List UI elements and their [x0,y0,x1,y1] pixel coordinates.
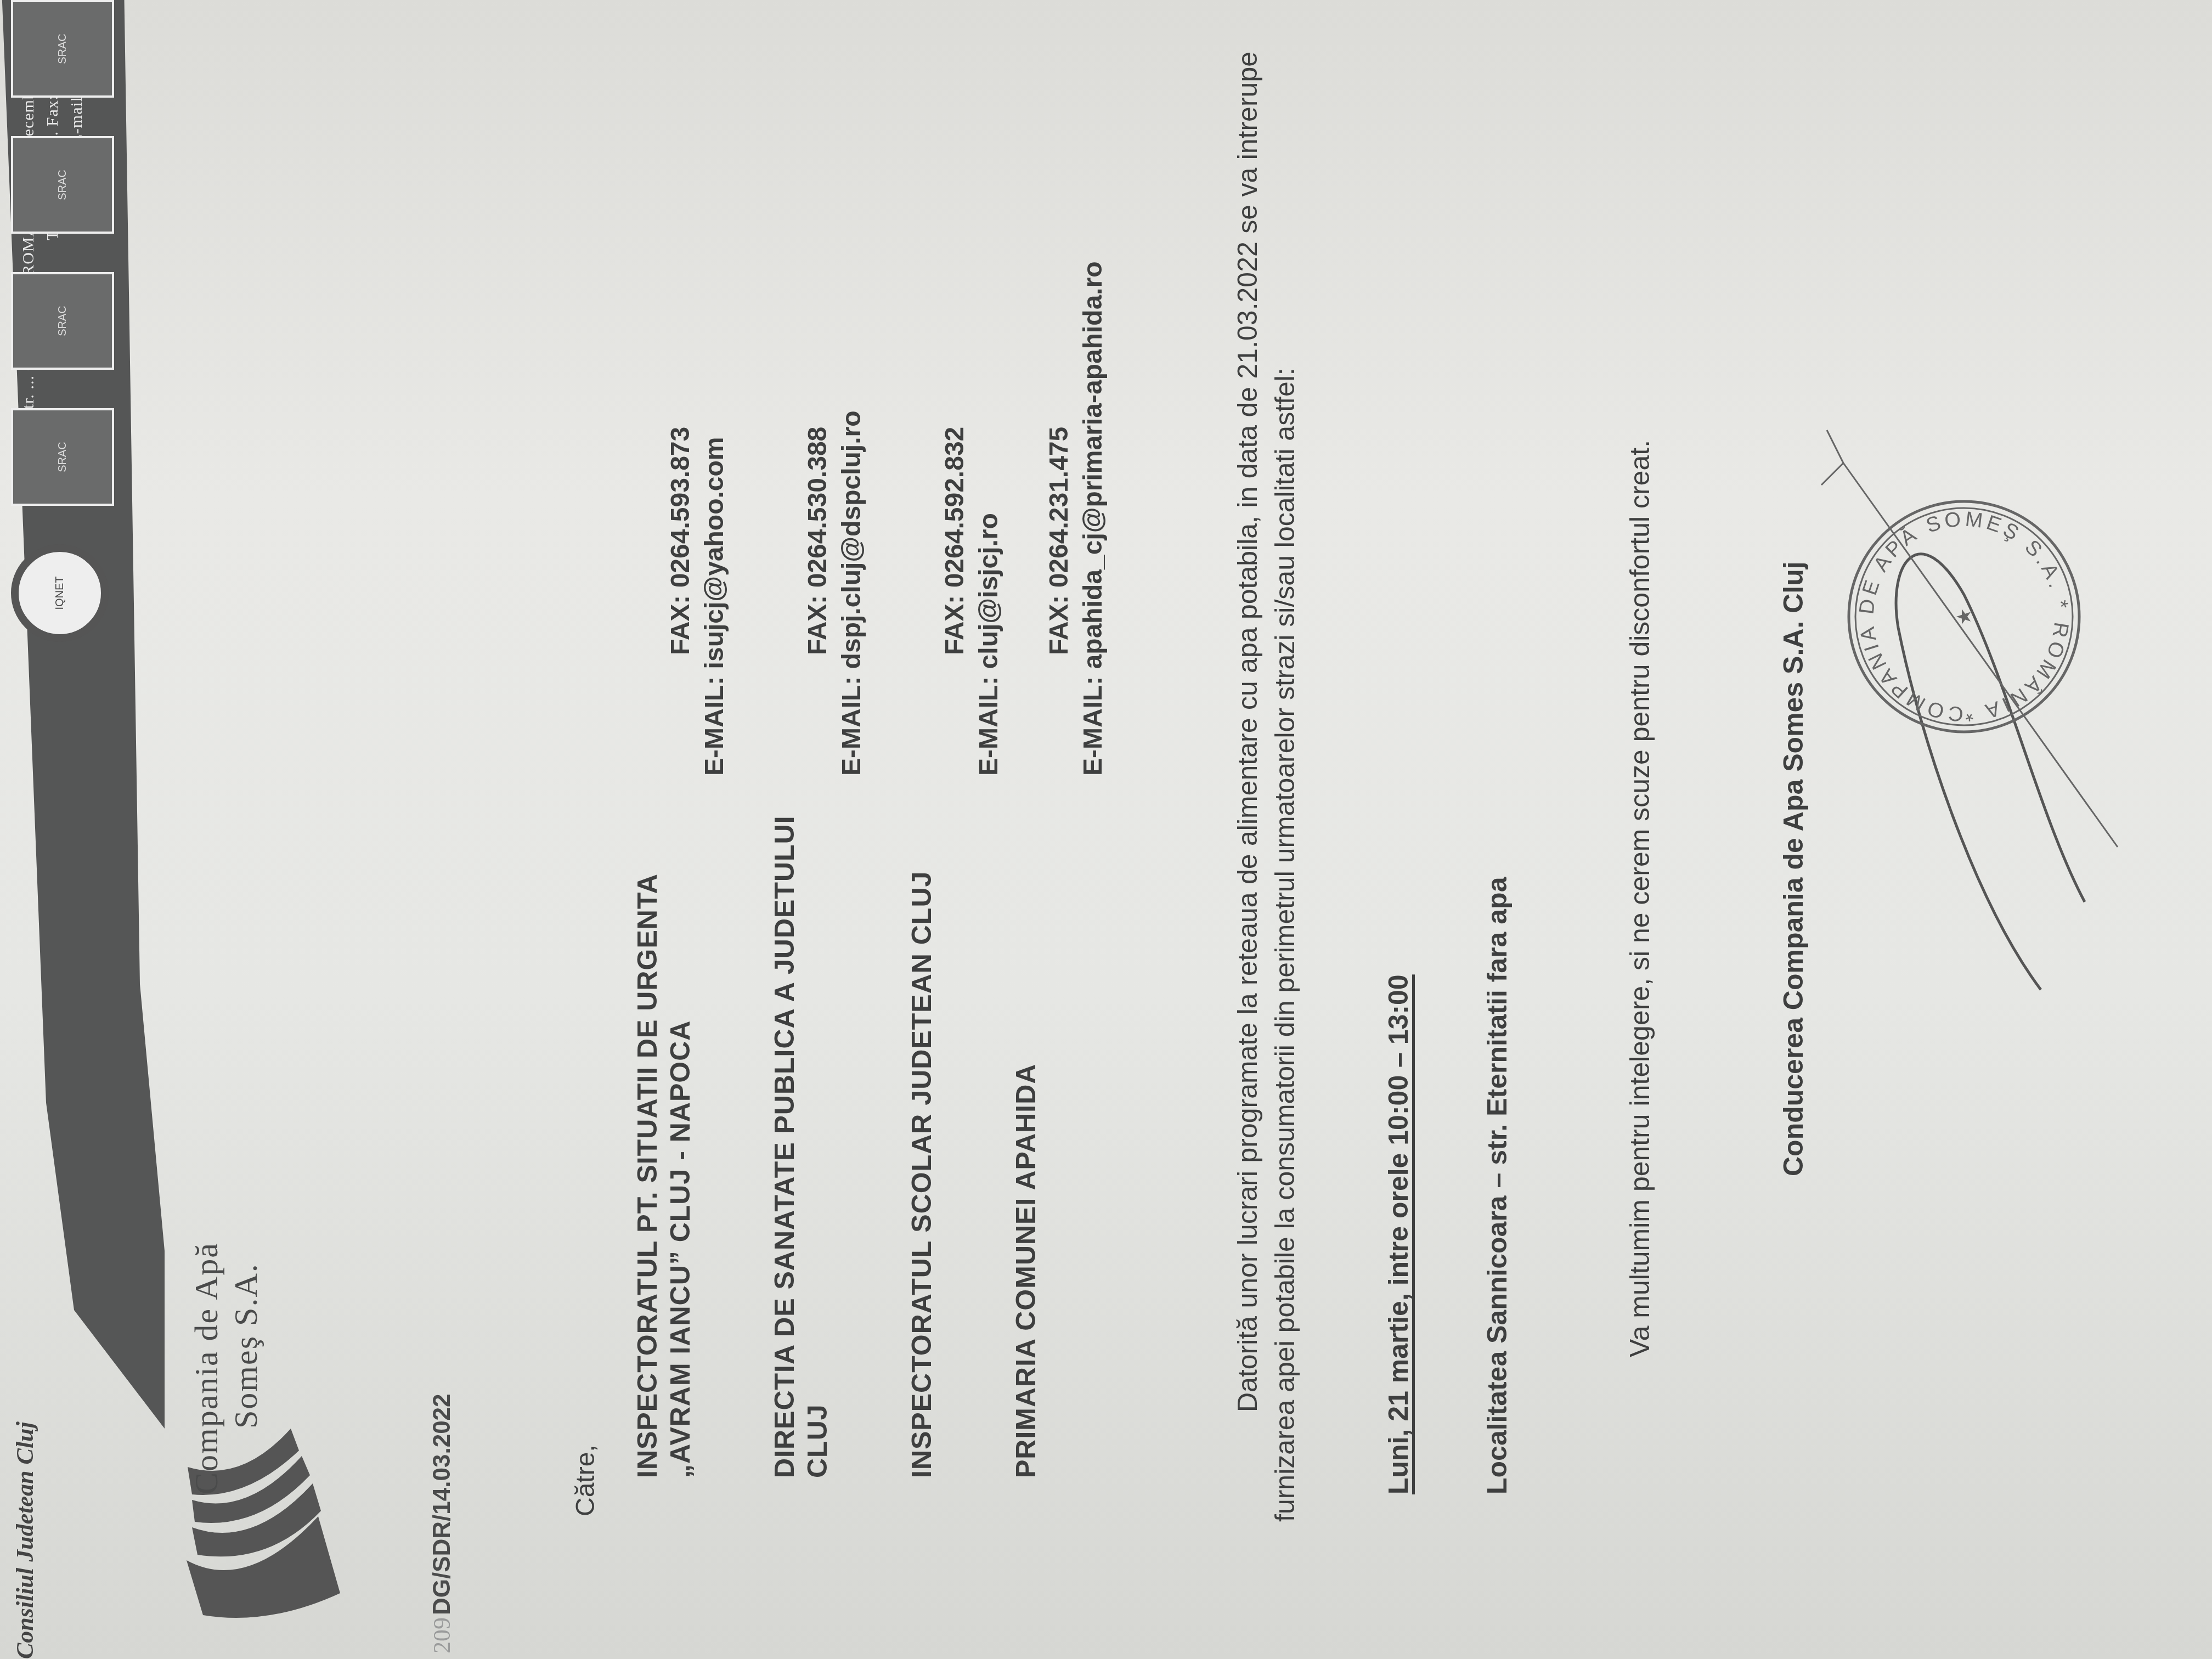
certification-logos: IQNET SRAC SRAC SRAC SRAC [11,0,114,642]
recipient: PRIMARIA COMUNEI APAHIDA FAX: 0264.231.4… [1009,161,1042,1478]
recipient-email: E-MAIL: dspj.cluj@dspcluj.ro [835,411,869,776]
recipient-name: DIRECTIA DE SANATATE PUBLICA A JUDETULUI… [768,792,834,1478]
srac-logo-icon: SRAC [11,0,114,98]
reference-value: DG/SDR/14.03.2022 [428,1393,455,1615]
recipient-fax: FAX: 0264.530.388 [801,411,835,776]
letter-page: Consiliul Judetean Cluj Str. ... Cluj-Na… [0,0,2212,1659]
recipient: INSPECTORATUL SCOLAR JUDETEAN CLUJ FAX: … [905,161,977,1478]
recipient-fax: FAX: 0264.592.832 [938,427,972,776]
closing-thanks: Va multumim pentru intelegere, si ne cer… [1624,440,1656,1357]
recipient-email: E-MAIL: apahida_cj@primaria-apahida.ro [1076,261,1110,776]
logo-line: Compania de Apă [187,1242,226,1494]
stamp-star: ★ [1953,608,1975,625]
recipient-fax: FAX: 0264.593.873 [664,427,698,776]
recipient-list: INSPECTORATUL PT. SITUATII DE URGENTA „A… [631,161,1075,1478]
notice-body: Datorită unor lucrari programate la rete… [1229,52,1304,1522]
company-logo-text: Compania de Apă Someş S.A. [187,1242,266,1494]
outage-schedule: Luni, 21 martie, intre orele 10:00 – 13:… [1383,974,1414,1494]
recipient: DIRECTIA DE SANATATE PUBLICA A JUDETULUI… [768,161,872,1478]
recipient-email: E-MAIL: isujcj@yahoo.com [698,427,732,776]
iqnet-logo-icon: IQNET [11,544,109,642]
company-stamp-icon: COMPANIA DE APĂ SOMEŞ S.A. * ROMÂNIA * ★ [1843,496,2085,737]
recipient-name: INSPECTORATUL PT. SITUATII DE URGENTA „A… [631,792,697,1478]
affected-locality: Localitatea Sannicoara – str. Eternitati… [1481,877,1513,1494]
srac-logo-icon: SRAC [11,136,114,234]
recipient-contacts: FAX: 0264.592.832 E-MAIL: cluj@isjcj.ro [938,427,1006,776]
recipient-email: E-MAIL: cluj@isjcj.ro [972,427,1006,776]
recipient-name: PRIMARIA COMUNEI APAHIDA [1009,792,1042,1478]
recipient: INSPECTORATUL PT. SITUATII DE URGENTA „A… [631,161,735,1478]
logo-line: Someş S.A. [226,1242,266,1494]
salutation: Către, [571,1444,601,1516]
recipient-contacts: FAX: 0264.530.388 E-MAIL: dspj.cluj@dspc… [801,411,869,776]
council-title: Consiliul Judetean Cluj [11,1421,39,1659]
notice-body-text: Datorită unor lucrari programate la rete… [1232,52,1300,1522]
reference-number: 209DG/SDR/14.03.2022 [428,1393,456,1654]
recipient-name: INSPECTORATUL SCOLAR JUDETEAN CLUJ [905,792,938,1478]
recipient-contacts: FAX: 0264.593.873 E-MAIL: isujcj@yahoo.c… [664,427,732,776]
recipient-contacts: FAX: 0264.231.475 E-MAIL: apahida_cj@pri… [1009,261,1110,776]
handwritten-note: 209 [428,1617,455,1654]
srac-logo-icon: SRAC [11,272,114,370]
signoff: Conducerea Compania de Apa Somes S.A. Cl… [1778,561,1809,1176]
srac-logo-icon: SRAC [11,408,114,506]
recipient-fax: FAX: 0264.231.475 [1042,261,1076,776]
